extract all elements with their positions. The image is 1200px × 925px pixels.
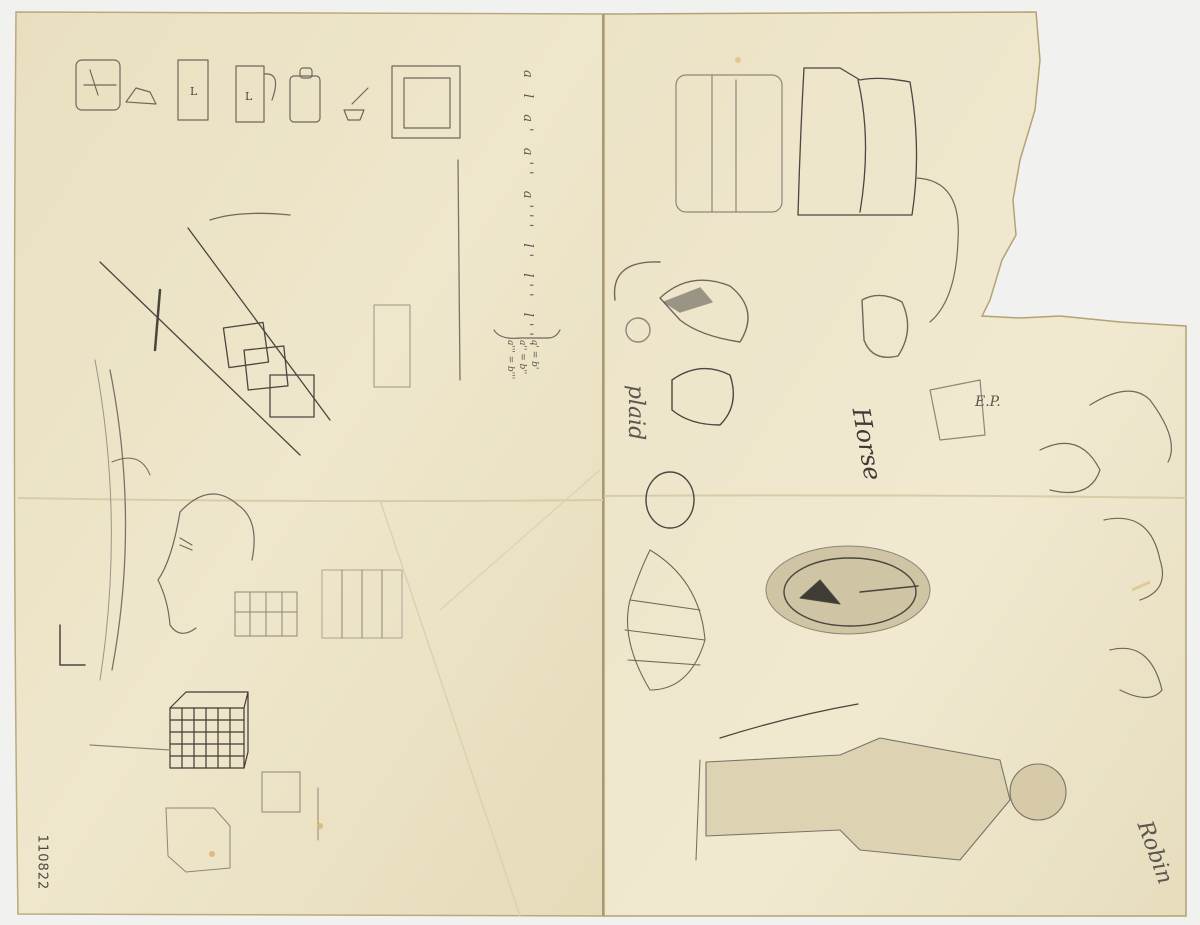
svg-text:L: L [190, 85, 198, 98]
sketch-sheet: L L [0, 0, 1200, 925]
catalog-number: 110822 [34, 835, 49, 891]
handwritten-plaid: plaid [623, 385, 648, 440]
left-page [14, 12, 604, 916]
column-notation: a l a' a'' a''' l' l'' l''' [520, 70, 535, 352]
handwritten-ep: E.P. [975, 394, 1001, 410]
equations: a' = b' a'' = b'' a''' = b''' [504, 340, 540, 379]
svg-text:L: L [245, 90, 253, 103]
hatched-ellipse-stone [766, 546, 930, 634]
